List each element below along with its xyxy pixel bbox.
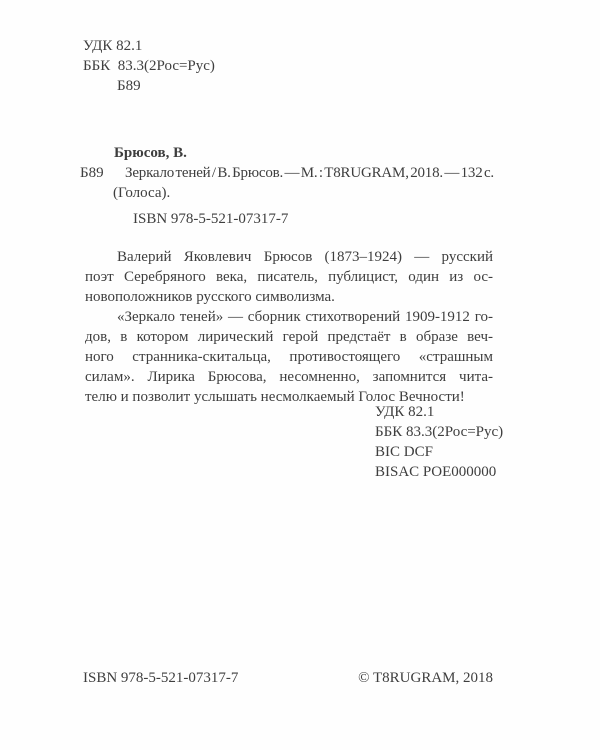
footer: ISBN 978-5-521-07317-7 © T8RUGRAM, 2018 (83, 668, 493, 688)
annotation-line: силам». Лирика Брюсова, несомненно, запо… (85, 367, 493, 387)
card-isbn: ISBN 978-5-521-07317-7 (133, 209, 288, 229)
annotation-line: Валерий Яковлевич Брюсов (1873–1924) — р… (85, 247, 493, 267)
copyright-page: УДК 82.1 ББК 83.3(2Рос=Рус) Б89 Брюсов, … (0, 0, 600, 750)
annotation-line: дов, в котором лирический герой предстаё… (85, 327, 493, 347)
annotation-line: «Зеркало теней» — сборник стихотворений … (85, 307, 493, 327)
card-code: Б89 (80, 163, 104, 183)
footer-isbn: ISBN 978-5-521-07317-7 (83, 668, 238, 688)
imprint-block: УДК 82.1 ББК 83.3(2Рос=Рус) BIC DCF BISA… (375, 402, 503, 482)
imprint-bisac: BISAC POE000000 (375, 462, 503, 482)
annotation-block: Валерий Яковлевич Брюсов (1873–1924) — р… (85, 247, 493, 407)
author-sign-code: Б89 (83, 76, 215, 96)
card-entry-line2: (Голоса). (113, 183, 494, 203)
annotation-line: ного странника-скитальца, противостоящег… (85, 347, 493, 367)
card-author: Брюсов, В. (114, 143, 187, 163)
card-entry-line1: Зеркало теней / В. Брюсов. — М. : T8RUGR… (113, 163, 494, 183)
imprint-udk: УДК 82.1 (375, 402, 503, 422)
top-classification-block: УДК 82.1 ББК 83.3(2Рос=Рус) Б89 (83, 36, 215, 96)
imprint-bbk: ББК 83.3(2Рос=Рус) (375, 422, 503, 442)
card-entry: Зеркало теней / В. Брюсов. — М. : T8RUGR… (113, 163, 494, 203)
footer-copyright: © T8RUGRAM, 2018 (358, 668, 493, 688)
imprint-bic: BIC DCF (375, 442, 503, 462)
bbk-code: ББК 83.3(2Рос=Рус) (83, 56, 215, 76)
annotation-line: новоположников русского символизма. (85, 287, 493, 307)
udk-code: УДК 82.1 (83, 36, 215, 56)
annotation-line: поэт Серебряного века, писатель, публици… (85, 267, 493, 287)
